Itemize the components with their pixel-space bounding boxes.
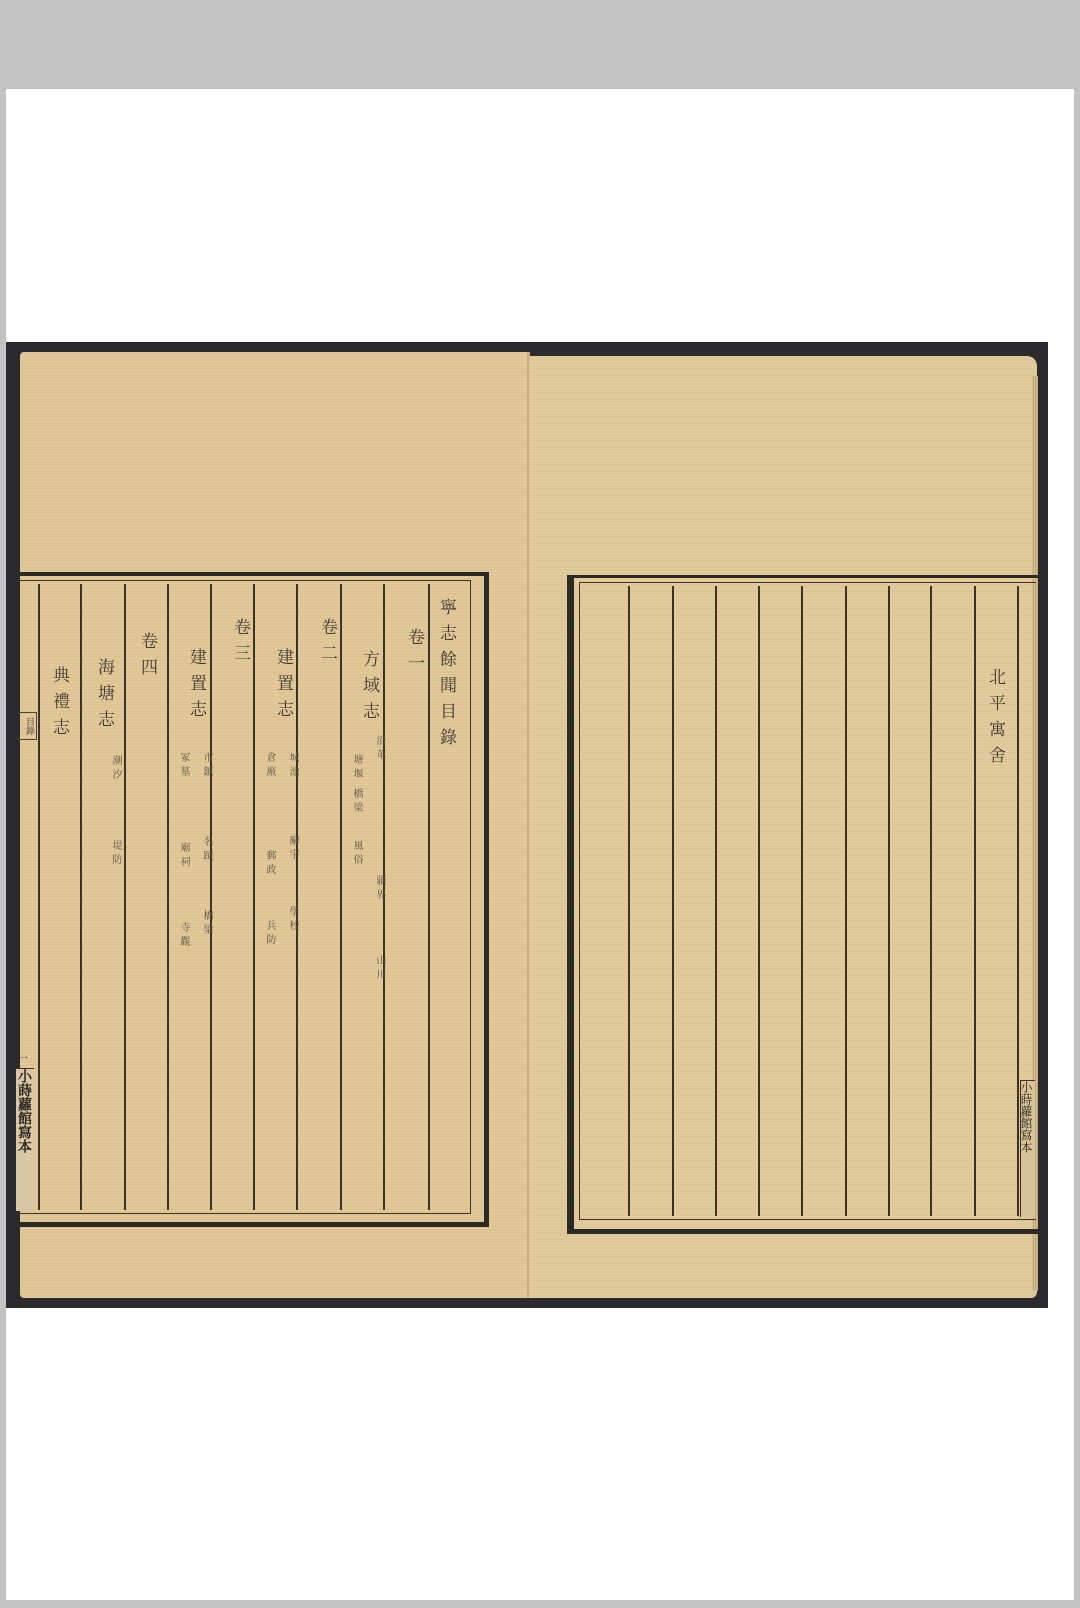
column-rule	[80, 584, 82, 1210]
spine-label: 小蒔蘿館寫本	[16, 1068, 34, 1211]
subtopic: 疆界	[374, 875, 384, 903]
section-title: 方域志	[360, 650, 377, 728]
subtopic: 堤防	[110, 840, 120, 868]
volume-label: 卷一	[405, 628, 422, 680]
column-rule	[296, 584, 298, 1210]
column-rule	[38, 584, 40, 1210]
subtopic: 廨宇	[287, 835, 297, 863]
subtopic: 兵防	[264, 920, 274, 948]
column-rule	[428, 584, 430, 1210]
section-title: 典禮志	[50, 666, 67, 744]
margin-tab: 目錄	[18, 712, 37, 740]
subtopic: 郵政	[264, 850, 274, 878]
subtopic: 城池	[287, 752, 297, 780]
column-rule	[628, 586, 630, 1216]
column-rule	[340, 584, 342, 1210]
subtopic: 學校	[287, 906, 297, 934]
subtopic: 橋梁	[201, 910, 211, 938]
volume-label: 卷四	[138, 632, 155, 684]
edge-label: 小蒔蘿館寫本	[1020, 1080, 1035, 1217]
column-rule	[758, 586, 760, 1216]
toc-title: 寧志餘聞目錄	[437, 598, 454, 754]
column-rule	[210, 584, 212, 1210]
subtopic: 冢墓	[178, 752, 188, 780]
section-title: 建置志	[274, 648, 291, 726]
column-rule	[124, 584, 126, 1210]
column-rule	[167, 584, 169, 1210]
subtopic: 廟祠	[178, 842, 188, 870]
column-rule	[715, 586, 717, 1216]
subtopic: 塘堰	[351, 754, 361, 782]
subtopic: 沿革	[374, 735, 384, 763]
column-rule	[253, 584, 255, 1210]
section-title: 建置志	[187, 648, 204, 726]
column-rule	[974, 586, 976, 1216]
subtopic: 倉廒	[264, 752, 274, 780]
page-number: 一	[18, 1050, 28, 1065]
column-rule	[672, 586, 674, 1216]
subtopic: 市鎮	[201, 752, 211, 780]
section-title: 海塘志	[95, 658, 112, 736]
column-rule	[930, 586, 932, 1216]
subtopic: 風俗	[351, 840, 361, 868]
column-rule	[801, 586, 803, 1216]
column-rule	[845, 586, 847, 1216]
right-page-inner-frame	[579, 582, 1036, 1220]
volume-label: 卷二	[318, 618, 335, 670]
subtopic: 名蹟	[201, 836, 211, 864]
subtopic: 寺觀	[178, 922, 188, 950]
subtopic: 橋梁	[351, 788, 361, 816]
subtopic: 山川	[374, 955, 384, 983]
colophon-text: 北平寓舍	[986, 668, 1003, 772]
subtopic: 潮汐	[110, 755, 120, 783]
volume-label: 卷三	[231, 618, 248, 670]
column-rule	[888, 586, 890, 1216]
